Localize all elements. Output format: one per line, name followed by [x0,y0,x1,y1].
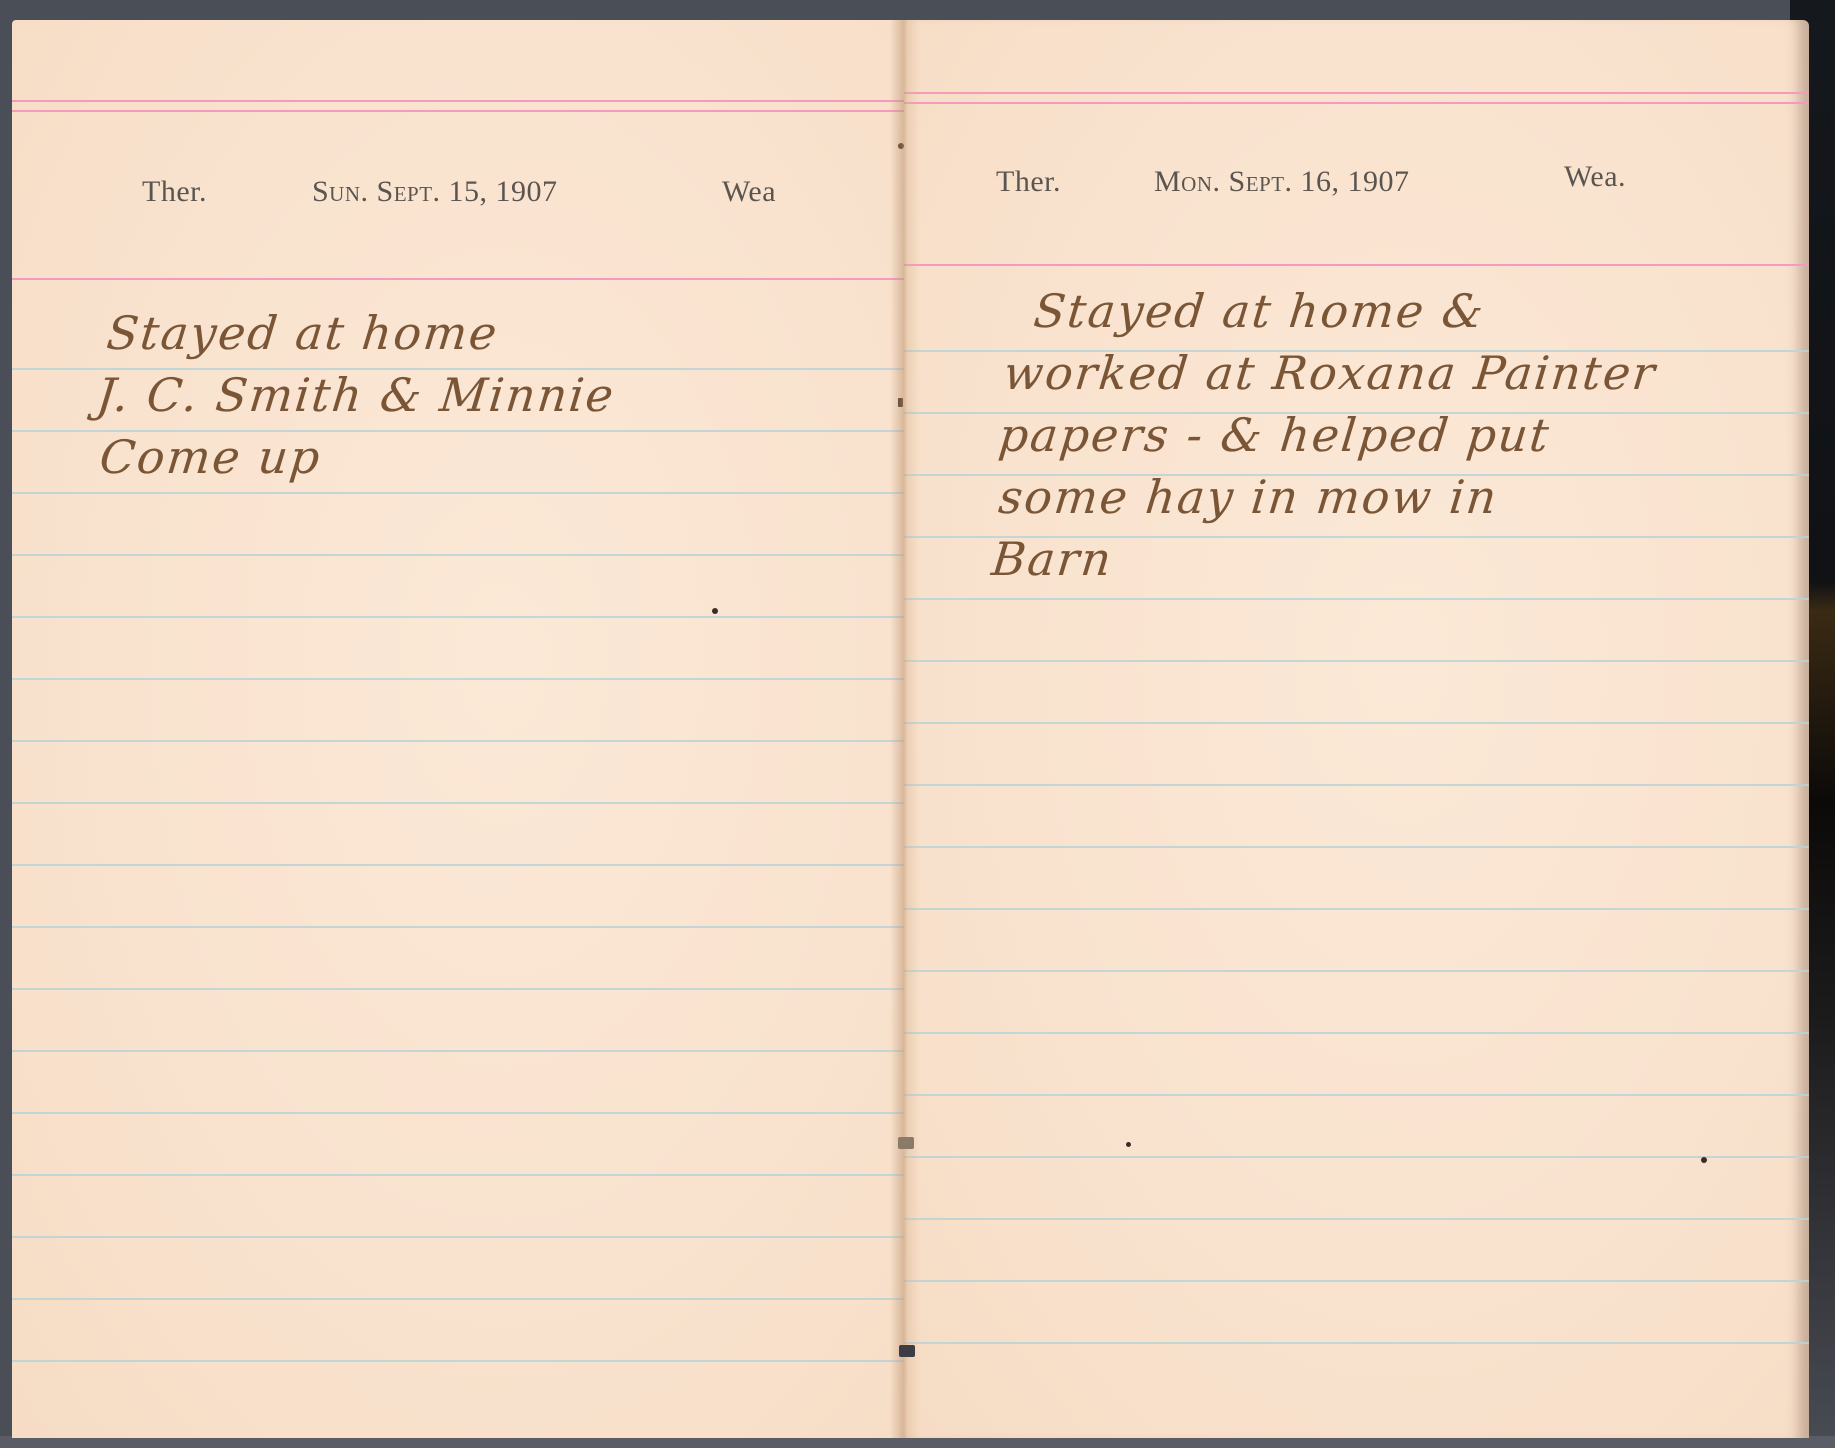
double-rule-bottom [12,110,904,112]
ruled-line [12,1236,904,1238]
wea-label: Wea. [1564,160,1626,194]
ruled-line [904,970,1809,972]
ruled-line [904,1094,1809,1096]
ruled-line [12,616,904,618]
entry-line: worked at Roxana Painter [1001,342,1660,404]
ruled-line [904,846,1809,848]
ruled-line [12,926,904,928]
entry-line: Come up [97,426,325,488]
ruled-line [904,1032,1809,1034]
ruled-line [12,554,904,556]
ther-label: Ther. [142,175,207,209]
ruled-line [12,864,904,866]
binding-staple [899,1345,915,1357]
entry-line: papers - & helped put [996,404,1554,466]
left-page: Ther. Sun. Sept. 15, 1907 Wea Stayed at … [12,20,904,1438]
ruled-line [12,988,904,990]
binding-staple [898,1137,914,1149]
double-rule-top [12,100,904,102]
page-date: Sun. Sept. 15, 1907 [312,175,558,209]
page-date: Mon. Sept. 16, 1907 [1154,165,1410,199]
ruled-line [904,784,1809,786]
ruled-line [904,598,1809,600]
ruled-line [12,1112,904,1114]
entry-line: Barn [989,528,1116,590]
header-rule [904,264,1809,266]
ruled-line [904,1280,1809,1282]
entry-line: some hay in mow in [996,466,1502,528]
right-page: Ther. Mon. Sept. 16, 1907 Wea. Stayed at… [904,20,1809,1438]
double-rule-top [904,92,1809,94]
ruled-line [12,1360,904,1362]
entry-line: J. C. Smith & Minnie [94,364,619,426]
ruled-line [904,1218,1809,1220]
ruled-line [12,1298,904,1300]
ruled-line [904,722,1809,724]
wea-label: Wea [722,175,776,209]
ink-spot [1701,1157,1707,1163]
ruled-line [904,908,1809,910]
ruled-line [12,1174,904,1176]
ther-label: Ther. [996,165,1061,199]
ruled-line [12,492,904,494]
book-spine [890,20,920,1438]
ruled-line [12,740,904,742]
ruled-line [904,1342,1809,1344]
ruled-line [904,1156,1809,1158]
entry-line: Stayed at home [104,302,502,364]
ruled-line [904,660,1809,662]
ruled-line [12,802,904,804]
entry-line: Stayed at home & [1031,280,1488,342]
scan-margin [0,1448,1841,1455]
header-rule [12,278,904,280]
ruled-line [12,1050,904,1052]
ruled-line [12,678,904,680]
double-rule-bottom [904,102,1809,104]
ink-spot [712,608,718,614]
ink-spot [1126,1142,1131,1147]
